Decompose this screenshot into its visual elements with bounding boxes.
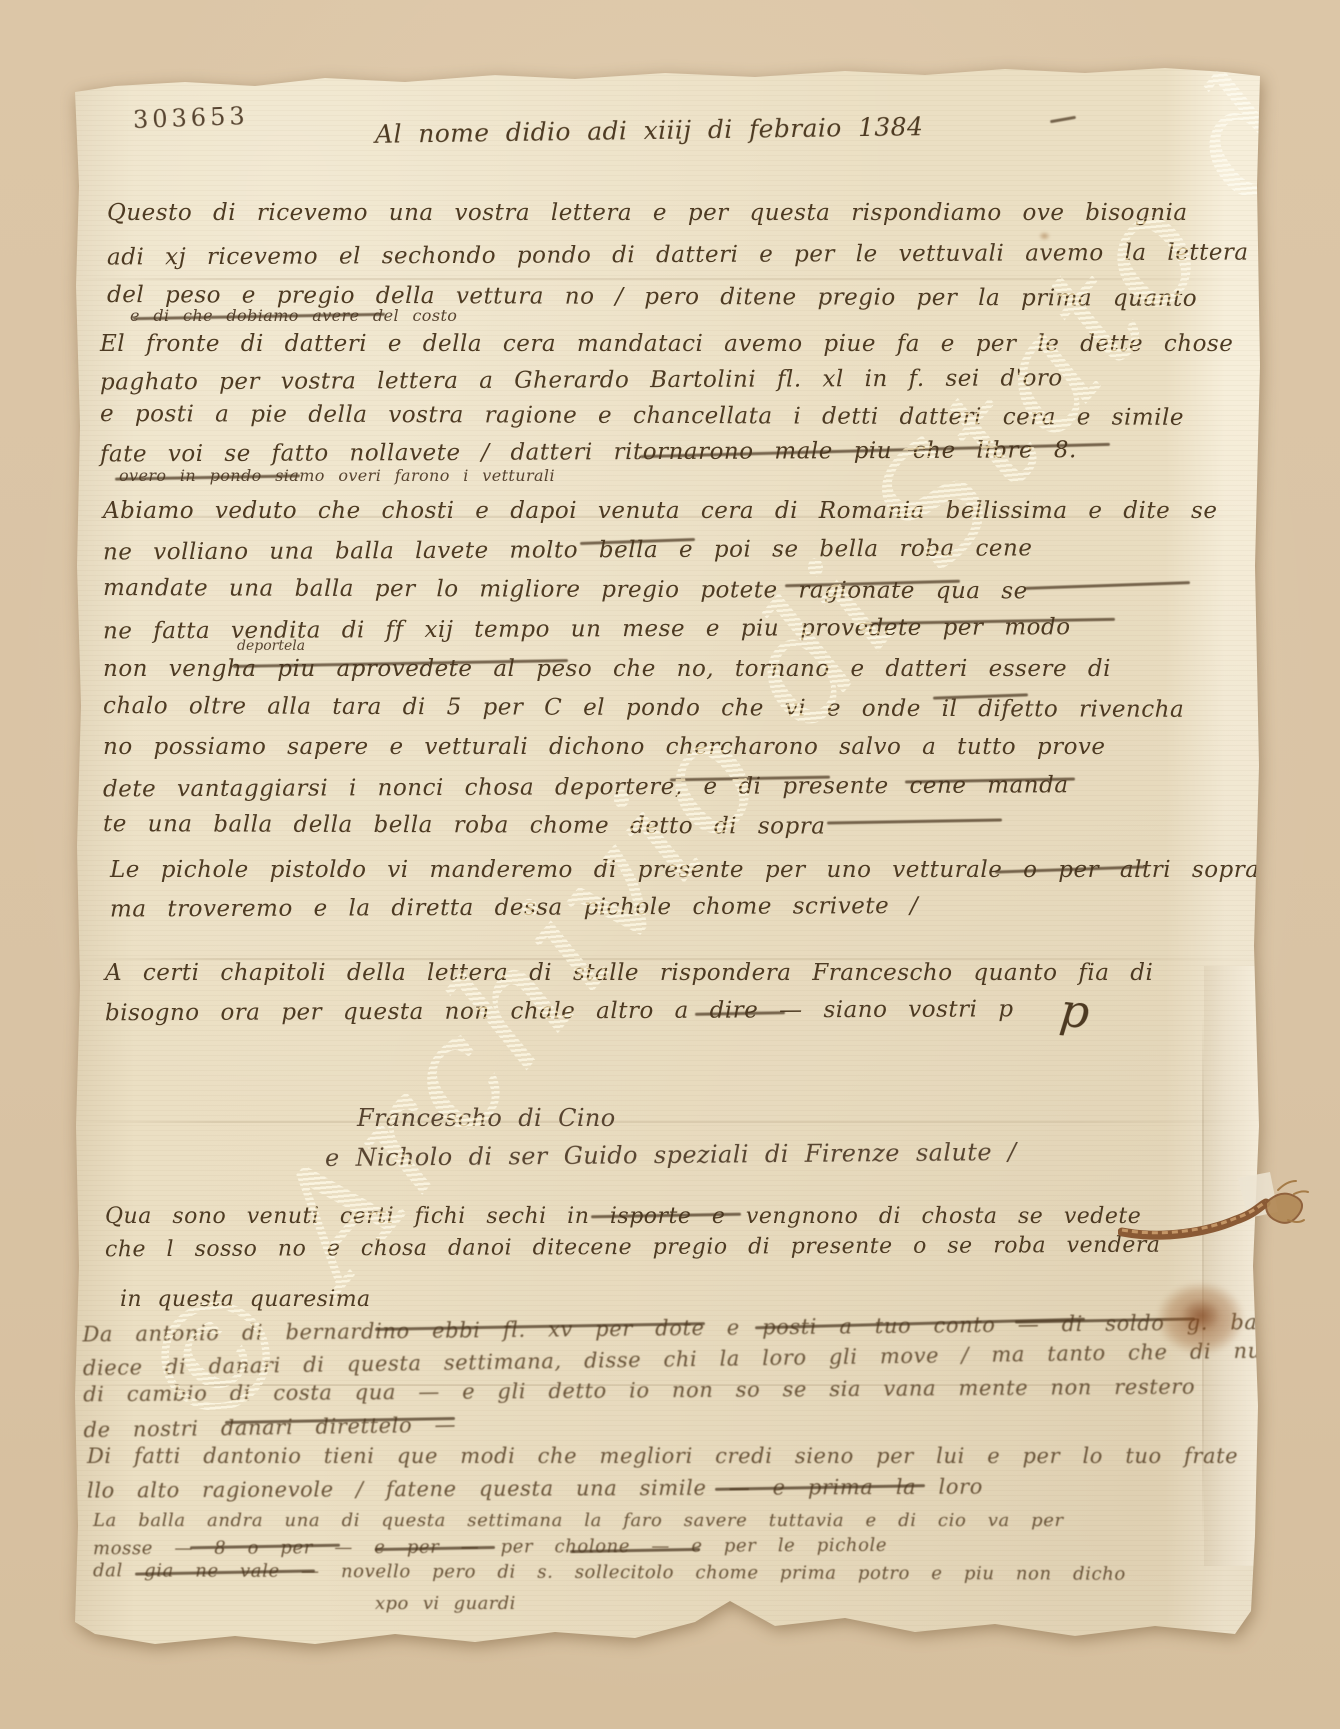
scanned-letter-page: 303653 Al nome didio adi xiiij di febrai… <box>0 0 1340 1729</box>
paragraph-8: Di fatti dantonio tieni que modi che meg… <box>87 1440 1238 1504</box>
handwritten-line: ne volliano una balla lavete molto bella… <box>103 529 1218 573</box>
paragraph-3-caret-insertion: deportela <box>237 638 305 654</box>
handwritten-line: mandate una balla per lo migliore pregio… <box>103 569 1218 612</box>
archive-number: 303653 <box>133 102 250 134</box>
handwritten-line: La balla andra una di questa settimana l… <box>93 1508 1126 1534</box>
handwritten-line: llo alto ragionevole / fatene questa una… <box>87 1469 1238 1506</box>
handwritten-line: non vengha piu aprovedete al peso che no… <box>103 650 1217 689</box>
crease-line <box>75 1121 1260 1123</box>
binding-thread <box>1118 1170 1328 1260</box>
paper-shadow-wrap: 303653 Al nome didio adi xiiij di febrai… <box>0 0 1340 1729</box>
paper-sheet: 303653 Al nome didio adi xiiij di febrai… <box>75 66 1260 1651</box>
signature-flourish: p <box>1057 983 1092 1040</box>
dateline: Al nome didio adi xiiij di febraio 1384 <box>375 112 924 149</box>
strikethrough-mark <box>1050 116 1076 123</box>
closing-benediction: xpo vi guardi <box>375 1593 516 1614</box>
